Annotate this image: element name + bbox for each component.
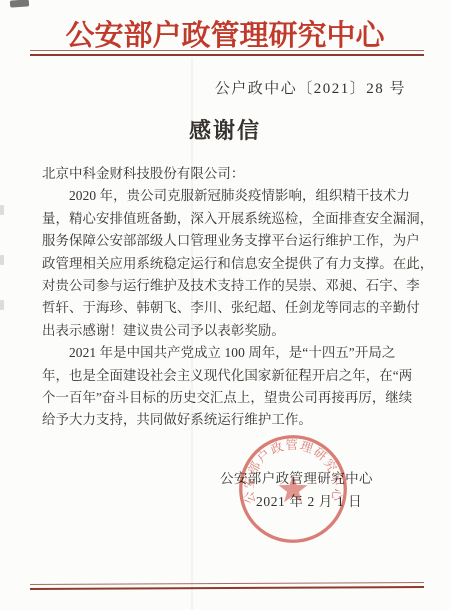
body-line: 哲轩、于海珍、韩朝飞、李川、张纪超、任剑龙等同志的辛勤付 bbox=[42, 297, 412, 319]
footer-rule bbox=[30, 582, 424, 590]
body-line: 对贵公司参与运行维护及技术支持工作的吴崇、邓昶、石宇、李 bbox=[42, 275, 412, 297]
doc-number: 公户政中心〔2021〕28 号 bbox=[215, 77, 406, 98]
scan-smudge bbox=[10, 0, 29, 8]
scan-edge-mark bbox=[0, 300, 4, 310]
body-line: 出表示感谢！建议贵公司予以表彰奖励。 bbox=[42, 320, 412, 342]
seal-ring bbox=[241, 437, 346, 542]
body-line: 2020 年，贵公司克服新冠肺炎疫情影响，组织精干技术力 bbox=[42, 185, 412, 207]
letter-title: 感谢信 bbox=[0, 114, 450, 145]
salutation: 北京中科金财科技股份有限公司： bbox=[42, 163, 412, 185]
body-line: 量，精心安排值班备勤，深入开展系统巡检，全面排查安全漏洞， bbox=[42, 208, 412, 230]
header-rule bbox=[30, 50, 424, 56]
body-line: 年，也是全面建设社会主义现代化国家新征程开启之年，在“两 bbox=[42, 365, 412, 387]
org-title: 公安部户政管理研究中心 bbox=[0, 13, 450, 54]
signature-org: 公安部户政管理研究中心 bbox=[220, 467, 373, 487]
body-line: 个一百年”奋斗目标的历史交汇点上，望贵公司再接再厉，继续 bbox=[42, 387, 412, 409]
signature-date: 2021 年 2 月 1 日 bbox=[256, 490, 362, 510]
official-seal: 公安部户政管理研究中心 bbox=[236, 432, 350, 546]
scan-edge-mark bbox=[0, 255, 4, 265]
scanned-letter-page: 公安部户政管理研究中心 公户政中心〔2021〕28 号 感谢信 北京中科金财科技… bbox=[0, 0, 450, 610]
body-line: 给予大力支持，共同做好系统运行维护工作。 bbox=[42, 409, 412, 431]
body-line: 2021 年是中国共产党成立 100 周年，是“十四五”开局之 bbox=[42, 342, 412, 364]
body-line: 政管理相关应用系统稳定运行和信息安全提供了有力支撑。在此， bbox=[42, 253, 412, 275]
scan-edge-mark bbox=[0, 205, 4, 215]
letter-body: 北京中科金财科技股份有限公司： 2020 年，贵公司克服新冠肺炎疫情影响，组织精… bbox=[42, 163, 412, 432]
body-line: 服务保障公安部部级人口管理业务支撑平台运行维护工作，为户 bbox=[42, 230, 412, 252]
